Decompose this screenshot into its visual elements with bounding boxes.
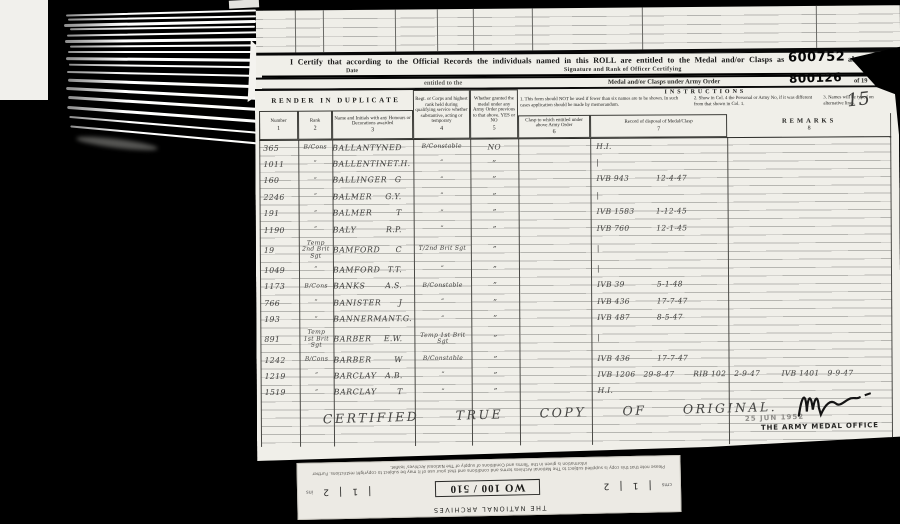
disposal-cell: IVB 436 17-7-47: [591, 296, 728, 306]
granted-cell: ”: [472, 370, 520, 379]
initials: G.Y.: [385, 192, 401, 201]
granted-cell: ”: [471, 281, 519, 290]
adjacent-paper-fragment: [0, 0, 48, 100]
rank-cell: ”: [299, 226, 333, 233]
initials: T.G.: [396, 314, 412, 323]
corps-rank-cell: Temp 1st Brit Sgt: [414, 332, 471, 345]
surname: BALLANTYNE: [332, 143, 395, 152]
corps-rank-cell: ”: [414, 226, 471, 233]
rank-cell: ”: [300, 389, 334, 396]
granted-cell: ”: [470, 158, 518, 167]
initials: G: [395, 176, 402, 185]
archive-name: THE NATIONAL ARCHIVES: [306, 501, 672, 517]
disposal-cell: IVB 487 8-5-47: [591, 312, 728, 322]
number-cell: 766: [260, 299, 299, 308]
number-cell: 891: [260, 335, 299, 344]
remarks-cell: [727, 177, 891, 178]
name-cell: BALLANTYNE D: [332, 143, 413, 152]
number-cell: 365: [259, 143, 298, 152]
name-cell: BALLENTINE T.H.: [332, 159, 413, 168]
granted-cell: ”: [471, 314, 519, 323]
name-cell: BARCLAY A.B.: [334, 371, 415, 380]
disposal-cell: |: [590, 157, 727, 167]
initials: C: [396, 245, 402, 254]
certification-text: I Certify that according to the Official…: [290, 55, 784, 67]
granted-cell: ”: [471, 264, 519, 273]
rank-cell: Temp 1st Brit Sgt: [299, 330, 333, 349]
name-cell: BANNERMAN T.G.: [333, 314, 414, 323]
remarks-cell: [727, 144, 891, 145]
rank-cell: ”: [299, 316, 333, 323]
medal-roll-form: RENDER IN DUPLICATE INSTRUCTIONS 1. This…: [255, 85, 900, 461]
remarks-cell: [729, 356, 893, 357]
rank-cell: ”: [299, 300, 333, 307]
corps-rank-cell: ”: [415, 388, 472, 395]
rank-cell: ”: [299, 194, 333, 201]
corps-rank-cell: ”: [413, 176, 470, 183]
serial-stamp-lower: 800126: [789, 70, 843, 86]
number-cell: 2246: [260, 193, 299, 202]
column-header-number: Number1: [259, 111, 298, 140]
disposal-cell: |: [591, 243, 728, 253]
remarks-cell: [728, 336, 892, 337]
table-body: 365 B/Cons BALLANTYNE D B/Constable NO H…: [259, 136, 893, 401]
corps-rank-cell: B/Constable: [415, 356, 472, 363]
name-cell: BARBER W: [333, 355, 414, 364]
corps-rank-cell: ”: [414, 299, 471, 306]
handwritten-page-number: 15: [846, 88, 871, 111]
initials: T.T.: [388, 265, 402, 274]
remarks-cell: [728, 246, 892, 247]
disposal-cell: |: [590, 190, 727, 200]
corps-rank-cell: ”: [414, 193, 471, 200]
corps-rank-cell: ”: [414, 266, 471, 273]
surname: BANKS: [333, 282, 365, 291]
remarks-cell: [728, 193, 892, 194]
name-cell: BALLINGER G: [332, 175, 413, 184]
rank-cell: ”: [298, 161, 332, 168]
surname: BARCLAY: [334, 371, 377, 380]
granted-cell: ”: [471, 208, 519, 217]
instruction-item: 1. This form should NOT be used if fewer…: [520, 96, 687, 108]
disposal-cell: IVB 436 17-7-47: [591, 353, 728, 363]
rank-cell: Temp 2nd Brit Sgt: [299, 240, 333, 259]
disposal-cell: IVB 39 5-1-48: [591, 280, 728, 290]
name-cell: BAMFORD C: [333, 245, 414, 254]
number-cell: 1190: [260, 225, 299, 234]
number-cell: 191: [260, 209, 299, 218]
corps-rank-cell: ”: [414, 315, 471, 322]
initials: E.W.: [384, 334, 403, 343]
ruler-scale-cms: cms |1 |2: [603, 479, 672, 491]
name-cell: BALMER G.Y.: [333, 192, 414, 201]
previous-page-fragment: [256, 5, 900, 57]
serial-stamp-top: 600752: [788, 50, 846, 66]
granted-cell: ”: [470, 175, 518, 184]
disposal-cell: IVB 943 12-4-47: [590, 174, 727, 184]
disposal-cell: |: [591, 332, 728, 342]
surname: BANNERMAN: [333, 314, 395, 323]
name-cell: BALMER T: [333, 208, 414, 217]
ruler-scale-ins: |1 |2 ins: [306, 485, 372, 497]
granted-cell: ”: [471, 334, 519, 343]
remarks-cell: [728, 283, 892, 284]
initials: A.B.: [385, 371, 403, 380]
name-cell: BANISTER J: [333, 298, 414, 307]
remarks-cell: [728, 316, 892, 317]
date-label: Date: [346, 68, 358, 74]
surname: BARBER: [333, 335, 371, 344]
name-cell: BAMFORD T.T.: [333, 265, 414, 274]
initials: W: [394, 355, 402, 364]
surname: BAMFORD: [333, 245, 381, 254]
instruction-item: 2. Show in Col. 4 the Personal or Army N…: [694, 96, 816, 108]
rank-cell: B/Cons: [298, 144, 332, 151]
number-cell: 1011: [259, 160, 298, 169]
initials: R.P.: [386, 225, 402, 234]
column-header-disposal: Record of disposal of Medal/Clasp7: [590, 114, 727, 138]
fragment-text: Medal and/or Clasps under Army Order: [608, 78, 720, 86]
number-cell: 193: [260, 315, 299, 324]
column-header-clasp: Clasp to which entitled under above Army…: [518, 115, 590, 138]
rank-cell: ”: [299, 210, 333, 217]
rank-cell: B/Cons: [299, 283, 333, 290]
signature: [793, 385, 877, 422]
surname: BALMER: [333, 192, 373, 201]
initials: A.S.: [385, 281, 402, 290]
number-cell: 1049: [260, 266, 299, 275]
remarks-cell: [728, 210, 892, 211]
disposal-cell: H.I.: [592, 385, 729, 395]
surname: BARBER: [333, 355, 371, 364]
disposal-cell: IVB 760 12-1-45: [591, 223, 728, 233]
national-archives-reference-strip: THE NATIONAL ARCHIVES cms |1 |2 WO 100 /…: [296, 455, 681, 520]
number-cell: 1242: [260, 355, 299, 364]
initials: T: [396, 208, 402, 217]
disposal-cell: IVB 1583 1-12-45: [591, 206, 728, 216]
name-cell: BARCLAY T: [334, 387, 415, 396]
corps-rank-cell: B/Constable: [414, 282, 471, 289]
corps-rank-cell: T/2nd Brit Sgt: [414, 246, 471, 253]
column-header-remarks: REMARKS8: [727, 113, 891, 137]
column-header-granted: Whether granted the medal under any Army…: [470, 89, 518, 138]
corps-rank-cell: ”: [414, 209, 471, 216]
column-header-name: Name and Initials with any Honours or De…: [332, 110, 413, 139]
granted-cell: NO: [470, 142, 518, 151]
name-cell: BARBER E.W.: [333, 334, 414, 343]
surname: BALMER: [333, 209, 373, 218]
rank-cell: B/Cons: [300, 356, 334, 363]
rank-cell: ”: [300, 373, 334, 380]
surname: BALLINGER: [332, 176, 387, 185]
rank-cell: ”: [298, 177, 332, 184]
number-cell: 160: [259, 176, 298, 185]
surname: BALY: [333, 225, 357, 234]
signature-rank-label: Signature and Rank of Officer Certifying: [564, 66, 682, 73]
number-cell: 1219: [261, 372, 300, 381]
column-header-rank: Rank2: [298, 110, 332, 139]
form-title: RENDER IN DUPLICATE: [259, 96, 413, 105]
disposal-cell: |: [591, 263, 728, 273]
copyright-terms-text: Please note that this copy is supplied s…: [306, 458, 672, 476]
name-cell: BANKS A.S.: [333, 281, 414, 290]
granted-cell: ”: [471, 297, 519, 306]
number-cell: 19: [260, 246, 299, 255]
granted-cell: ”: [471, 244, 519, 253]
initials: D: [395, 143, 402, 152]
remarks-cell: [728, 267, 892, 268]
name-cell: BALY R.P.: [333, 225, 414, 234]
surname: BALLENTINE: [332, 159, 393, 168]
rank-cell: ”: [299, 267, 333, 274]
granted-cell: ”: [471, 224, 519, 233]
initials: T.H.: [393, 159, 410, 168]
number-cell: 1519: [261, 388, 300, 397]
initials: J: [399, 298, 402, 307]
fragment-text: entitled to the: [424, 80, 462, 87]
number-cell: 1173: [260, 282, 299, 291]
disposal-cell: H.I.: [590, 141, 727, 151]
granted-cell: ”: [472, 387, 520, 396]
archive-scan-photo: { "certification": { "line": "I Certify …: [0, 0, 900, 524]
instructions-block: INSTRUCTIONS 1. This form should NOT be …: [520, 88, 891, 108]
remarks-cell: [728, 226, 892, 227]
catalogue-reference: WO 100 / 510: [434, 479, 540, 497]
remarks-cell: [728, 299, 892, 300]
granted-cell: ”: [471, 354, 519, 363]
remarks-cell: [727, 161, 891, 162]
initials: T: [397, 387, 403, 396]
disposal-cell: IVB 1206 29-8-47 RIB 102 2-9-47 IVB 1401…: [592, 369, 729, 379]
corps-rank-cell: ”: [413, 160, 470, 167]
surname: BARCLAY: [334, 388, 377, 397]
corps-rank-cell: B/Constable: [413, 144, 470, 151]
corps-rank-cell: ”: [415, 372, 472, 379]
surname: BAMFORD: [333, 265, 381, 274]
column-header-corps: Regt. or Corps and highest rank held dur…: [413, 90, 470, 139]
fragment-text: of 19: [854, 77, 868, 84]
granted-cell: ”: [471, 191, 519, 200]
surname: BANISTER: [333, 298, 381, 307]
